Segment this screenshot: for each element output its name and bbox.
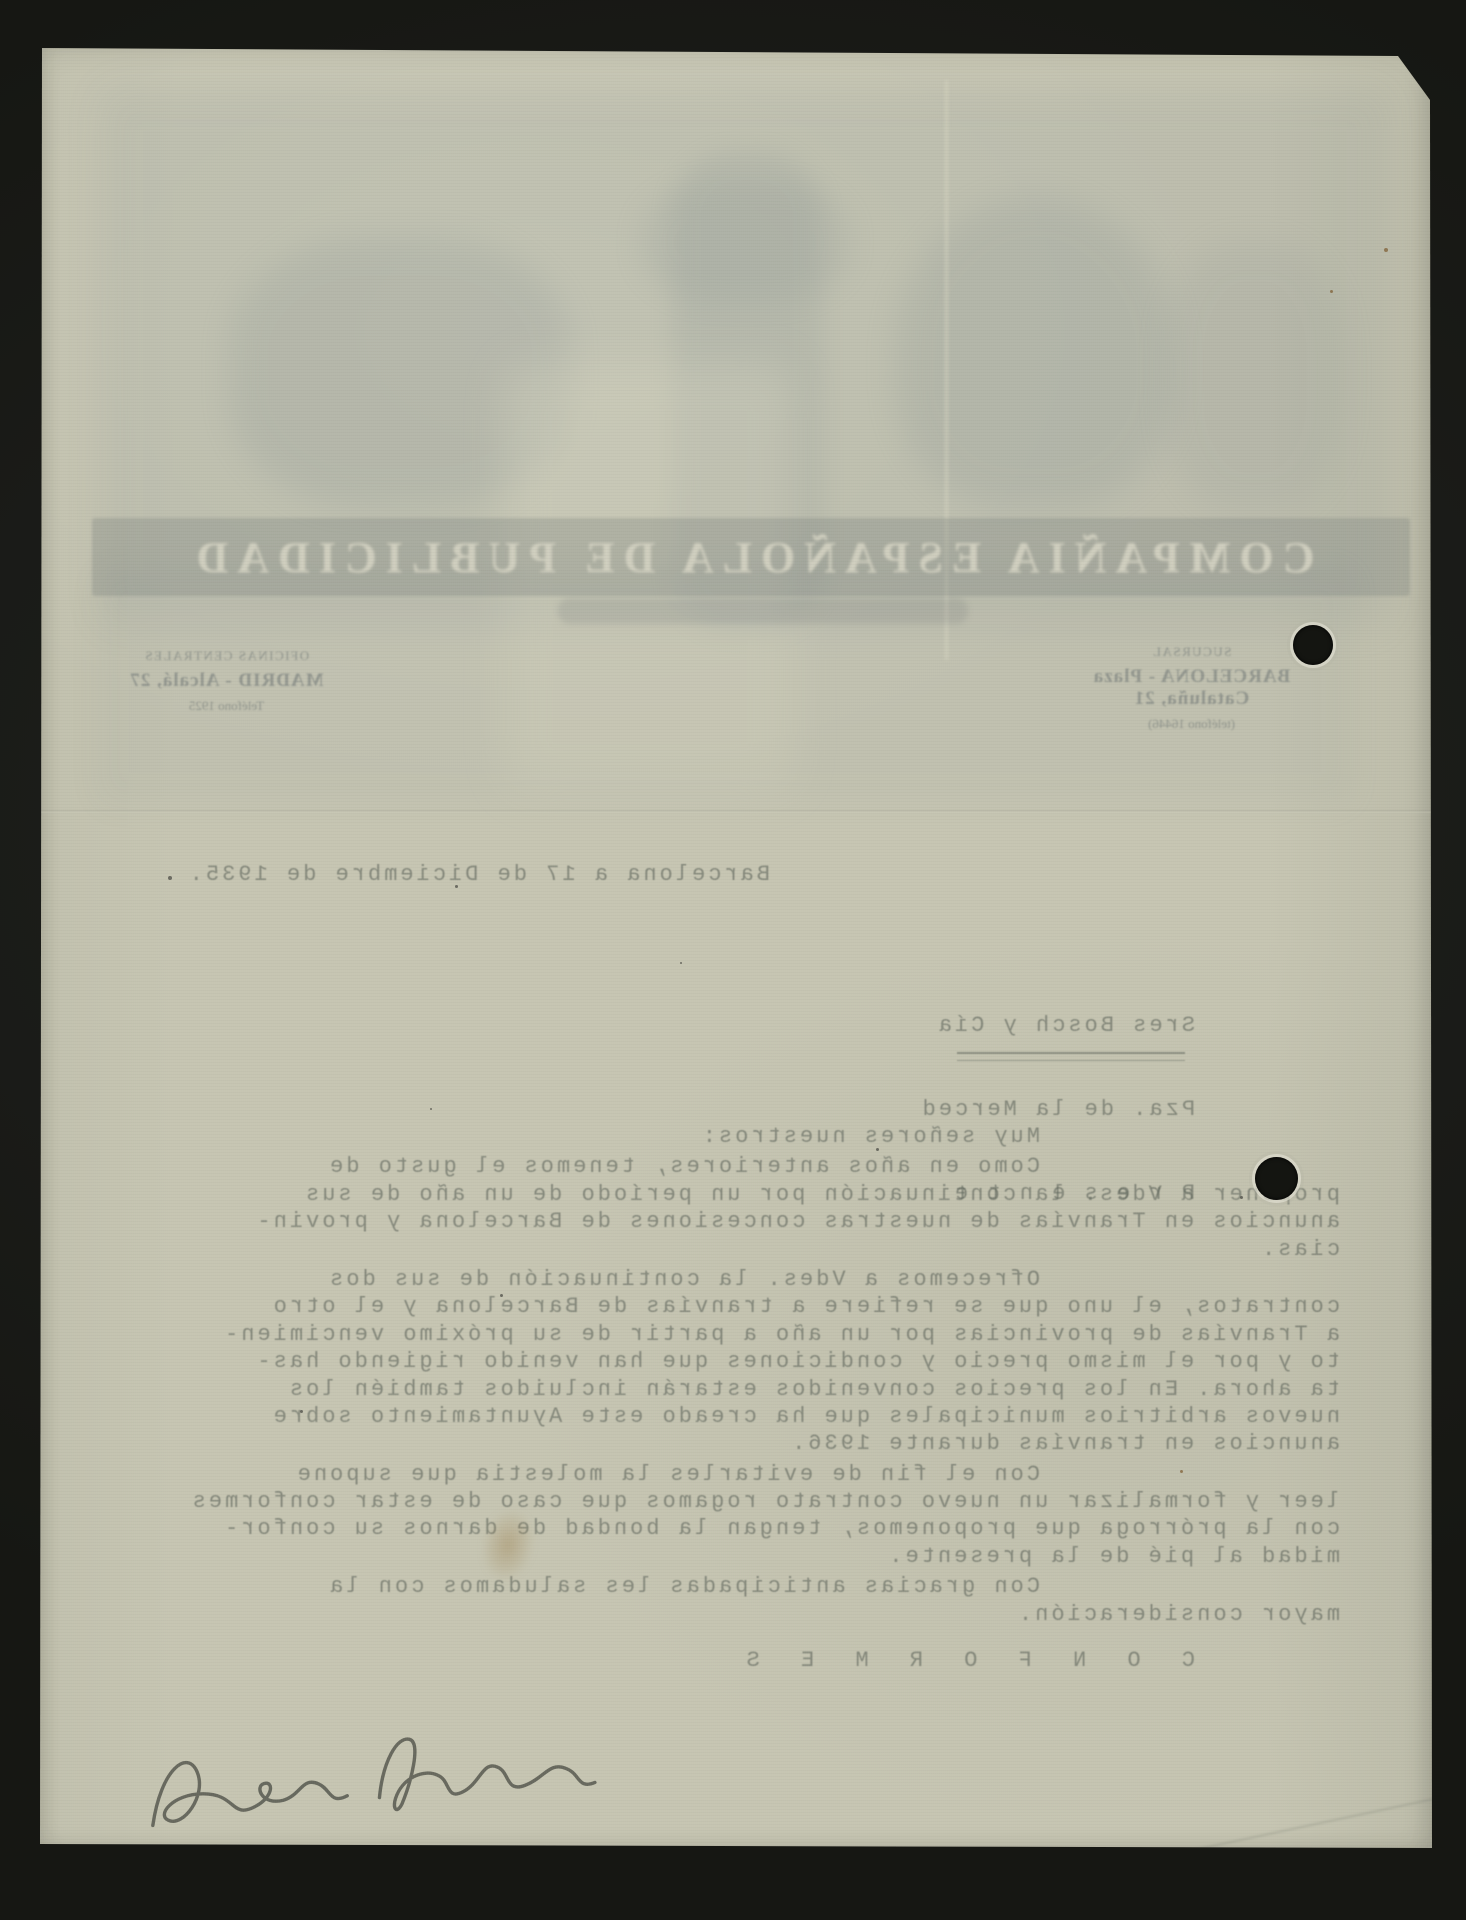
scanned-letter-verso: COMPAÑIA ESPAÑOLA DE PUBLICIDAD OFICINAS…	[0, 0, 1466, 1920]
body-line: midad al pié de la presente.	[110, 1543, 1340, 1570]
body-line: Con gracias anticipadas les saludamos co…	[110, 1573, 1340, 1600]
company-title-band: COMPAÑIA ESPAÑOLA DE PUBLICIDAD	[92, 518, 1410, 596]
date-line: Barcelona a 17 de Diciembre de 1935.	[170, 862, 770, 887]
body-line: nuevos arbitrios municipales que ha crea…	[110, 1403, 1340, 1430]
office-phone: (teléfono 16446)	[1069, 716, 1314, 732]
body-line: contratos, el uno que se refiere a tranv…	[110, 1293, 1340, 1320]
conformes-line: C O N F O R M E S	[875, 1648, 1195, 1673]
dust-speck	[1240, 1196, 1243, 1199]
dust-speck	[430, 1108, 432, 1110]
body-line: a Tranvías de provincias por un año a pa…	[110, 1321, 1340, 1348]
office-dept: SUCURSAL	[1069, 644, 1314, 660]
body-line: con la prórroga que proponemos, tengan l…	[110, 1515, 1340, 1542]
body-line: Como en años anteriores, tenemos el gust…	[110, 1153, 1340, 1180]
recipient-underline-rule	[957, 1052, 1185, 1061]
office-address: BARCELONA - Plaza Cataluña, 21	[1069, 666, 1314, 710]
body-line: ta ahora. En los precios convenidos esta…	[110, 1376, 1340, 1403]
office-block-barcelona: SUCURSAL BARCELONA - Plaza Cataluña, 21 …	[1069, 644, 1314, 732]
body-line: to y por el mismo precio y condiciones q…	[110, 1348, 1340, 1375]
body-line: mayor consideración.	[110, 1601, 1340, 1628]
dust-speck	[455, 885, 458, 888]
dust-speck	[500, 1294, 503, 1297]
body-line: anuncios en tranvías durante 1936.	[110, 1430, 1340, 1457]
recipient-name: Sres Bosch y Cía	[895, 1012, 1195, 1040]
office-phone: Teléfono 1925	[100, 698, 353, 714]
letter-body: Muy señores nuestros:Como en años anteri…	[110, 1120, 1340, 1628]
illegible-subtitle-ghost	[558, 598, 968, 624]
paper-sheet: COMPAÑIA ESPAÑOLA DE PUBLICIDAD OFICINAS…	[40, 42, 1432, 1852]
punch-hole-top	[1293, 625, 1333, 665]
office-dept: OFICINAS CENTRALES	[100, 648, 353, 664]
bleedthrough-mirrored-layer: COMPAÑIA ESPAÑOLA DE PUBLICIDAD OFICINAS…	[40, 42, 1432, 1852]
body-line: Ofrecemos a Vdes. la continuación de sus…	[110, 1266, 1340, 1293]
body-line: proponer a Vdes. la continuación por un …	[110, 1181, 1340, 1208]
dust-speck	[1330, 290, 1333, 293]
office-block-madrid: OFICINAS CENTRALES MADRID - Alcalá, 27 T…	[100, 648, 353, 714]
dust-speck	[1180, 1470, 1183, 1473]
dust-speck	[168, 876, 172, 880]
office-address: MADRID - Alcalá, 27	[100, 670, 353, 692]
dust-speck	[876, 1148, 879, 1151]
body-line: anuncios en Tranvías de nuestras concesi…	[110, 1208, 1340, 1235]
dust-speck	[1384, 248, 1388, 252]
punch-hole-bottom	[1255, 1157, 1298, 1200]
body-line: Muy señores nuestros:	[110, 1123, 1340, 1150]
body-line: leer y formalizar un nuevo contrato roga…	[110, 1488, 1340, 1515]
body-line: cias.	[110, 1236, 1340, 1263]
body-line: Con el fin de evitarles la molestia que …	[110, 1461, 1340, 1488]
dust-speck	[300, 1410, 303, 1413]
dust-speck	[680, 962, 682, 964]
company-name-ghost: COMPAÑIA ESPAÑOLA DE PUBLICIDAD	[188, 532, 1315, 583]
